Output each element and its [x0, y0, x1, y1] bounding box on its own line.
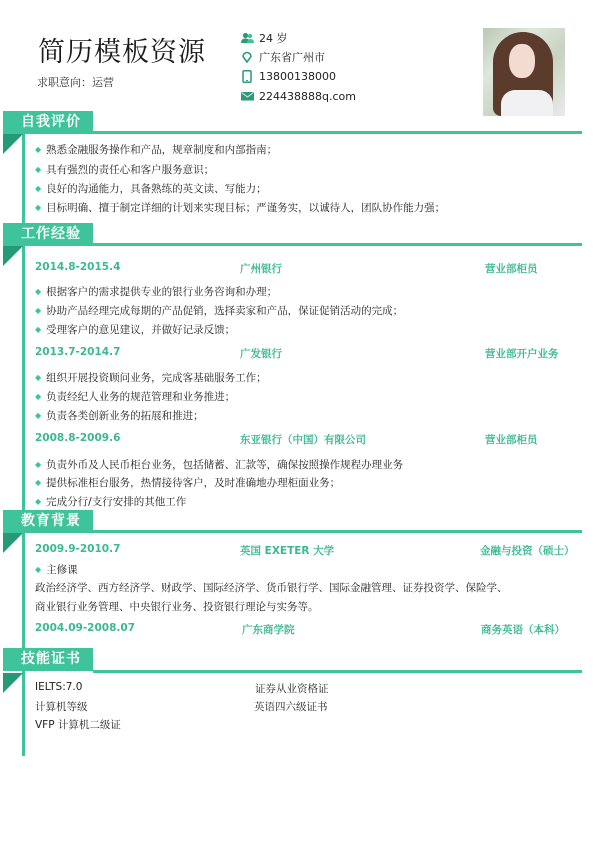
location-pin-icon [240, 51, 254, 63]
job-role: 营业部柜员 [485, 261, 538, 276]
diamond-bullet-icon: ◆ [35, 392, 41, 401]
user-icon [240, 32, 254, 44]
job-intent: 求职意向：运营 [37, 74, 114, 90]
location-text: 广东省广州市 [259, 49, 325, 65]
courses-text: 商业银行业务管理、中央银行业务、投资银行理论与实务等。 [35, 599, 319, 614]
edu-period: 2004.09-2008.07 [35, 622, 135, 634]
job-period: 2013.7-2014.7 [35, 346, 120, 358]
diamond-bullet-icon: ◆ [35, 460, 41, 469]
edu-school: 广东商学院 [242, 622, 295, 637]
section-fold [3, 533, 23, 553]
section-divider [93, 131, 582, 134]
skill-item: VFP 计算机二级证 [35, 717, 121, 732]
section-fold [3, 246, 23, 266]
edu-period: 2009.9-2010.7 [35, 543, 120, 555]
list-item: ◆目标明确、擅于制定详细的计划来实现目标；严谨务实，以诚待人，团队协作能力强； [35, 200, 445, 215]
diamond-bullet-icon: ◆ [35, 165, 41, 174]
job-company: 广州银行 [240, 261, 282, 276]
section-header-education: 教育背景 [3, 510, 93, 533]
job-role: 营业部柜员 [485, 432, 538, 447]
list-item: ◆提供标准柜台服务，热情接待客户，及时准确地办理柜面业务； [35, 475, 340, 490]
list-item: ◆组织开展投资顾问业务，完成客基础服务工作； [35, 370, 267, 385]
diamond-bullet-icon: ◆ [35, 325, 41, 334]
email-text: 224438888q.com [259, 90, 356, 103]
courses-text: 政治经济学、西方经济学、财政学、国际经济学、货币银行学、国际金融管理、证券投资学… [35, 580, 508, 595]
phone-icon [240, 71, 254, 83]
diamond-bullet-icon: ◆ [35, 565, 41, 574]
list-item: ◆熟悉金融服务操作和产品，规章制度和内部指南； [35, 142, 277, 157]
list-item: ◆完成分行/支行安排的其他工作 [35, 494, 186, 509]
diamond-bullet-icon: ◆ [35, 306, 41, 315]
contact-location: 广东省广州市 [240, 48, 356, 68]
section-fold [3, 673, 23, 693]
course-label: ◆主修课 [35, 562, 78, 577]
section-header-skills: 技能证书 [3, 648, 93, 671]
skill-item: 证券从业资格证 [255, 681, 329, 696]
list-item: ◆负责经纪人业务的规范管理和业务推进； [35, 389, 235, 404]
section-fold [3, 134, 23, 154]
diamond-bullet-icon: ◆ [35, 203, 41, 212]
list-item: ◆根据客户的需求提供专业的银行业务咨询和办理； [35, 284, 277, 299]
profile-photo [483, 28, 565, 116]
skill-item: IELTS:7.0 [35, 681, 82, 693]
section-divider [93, 670, 582, 673]
edu-major: 金融与投资（硕士） [480, 543, 575, 558]
diamond-bullet-icon: ◆ [35, 373, 41, 382]
job-period: 2014.8-2015.4 [35, 261, 120, 273]
job-company: 广发银行 [240, 346, 282, 361]
job-period: 2008.8-2009.6 [35, 432, 120, 444]
contact-age: 24 岁 [240, 28, 356, 48]
diamond-bullet-icon: ◆ [35, 478, 41, 487]
list-item: ◆负责外币及人民币柜台业务，包括储蓄、汇款等，确保按照操作规程办理业务 [35, 457, 403, 472]
diamond-bullet-icon: ◆ [35, 287, 41, 296]
list-item: ◆良好的沟通能力，具备熟练的英文读、写能力； [35, 181, 267, 196]
edu-major: 商务英语（本科） [481, 622, 565, 637]
job-company: 东亚银行（中国）有限公司 [240, 432, 366, 447]
contact-email: 224438888q.com [240, 87, 356, 107]
list-item: ◆受理客户的意见建议，并做好记录反馈； [35, 322, 235, 337]
mail-icon [240, 90, 254, 102]
diamond-bullet-icon: ◆ [35, 184, 41, 193]
section-header-work: 工作经验 [3, 223, 93, 246]
skill-item: 计算机等级 [35, 699, 88, 714]
list-item: ◆协助产品经理完成每期的产品促销，选择卖家和产品，保证促销活动的完成； [35, 303, 403, 318]
job-role: 营业部开户业务 [485, 346, 559, 361]
section-divider [93, 243, 582, 246]
section-divider [93, 530, 582, 533]
diamond-bullet-icon: ◆ [35, 145, 41, 154]
contact-phone: 13800138000 [240, 67, 356, 87]
age-text: 24 岁 [259, 30, 288, 46]
phone-text: 13800138000 [259, 70, 336, 83]
diamond-bullet-icon: ◆ [35, 497, 41, 506]
edu-school: 英国 EXETER 大学 [240, 543, 334, 558]
skill-item: 英语四六级证书 [254, 699, 328, 714]
diamond-bullet-icon: ◆ [35, 411, 41, 420]
list-item: ◆负责各类创新业务的拓展和推进； [35, 408, 204, 423]
list-item: ◆具有强烈的责任心和客户服务意识； [35, 162, 214, 177]
candidate-name: 简历模板资源 [38, 30, 206, 69]
section-header-self-eval: 自我评价 [3, 111, 93, 134]
contact-info: 24 岁 广东省广州市 13800138000 224438888q.com [240, 28, 356, 106]
